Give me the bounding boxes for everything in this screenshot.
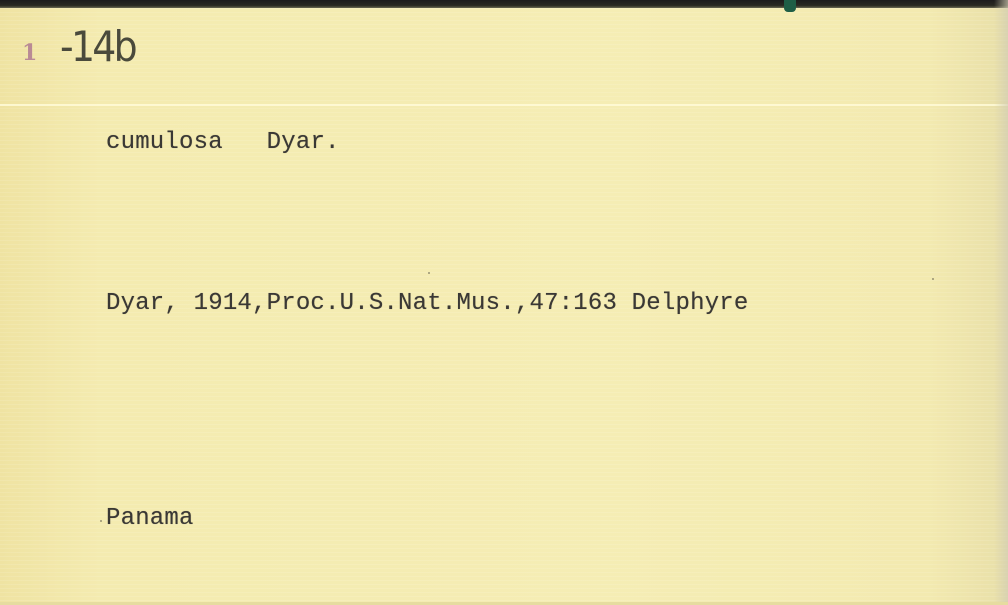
speck <box>100 520 102 522</box>
species-name: cumulosa <box>106 129 223 156</box>
speck <box>932 278 934 280</box>
species-name-line: cumulosa Dyar. <box>106 129 340 156</box>
reference-citation: Dyar, 1914,Proc.U.S.Nat.Mus.,47:163 Delp… <box>106 290 749 317</box>
tab-marker <box>784 0 796 12</box>
speck <box>428 272 430 274</box>
handwritten-number: -14b <box>60 22 135 71</box>
stamped-number: 1 <box>22 40 37 66</box>
index-card: 1 -14b cumulosa Dyar. Dyar, 1914,Proc.U.… <box>0 0 1008 605</box>
card-edge-shadow <box>994 0 1008 605</box>
card-top-border <box>0 0 1008 8</box>
species-author: Dyar. <box>267 129 340 156</box>
locality: Panama <box>106 505 194 532</box>
card-ruled-line <box>0 104 1008 106</box>
